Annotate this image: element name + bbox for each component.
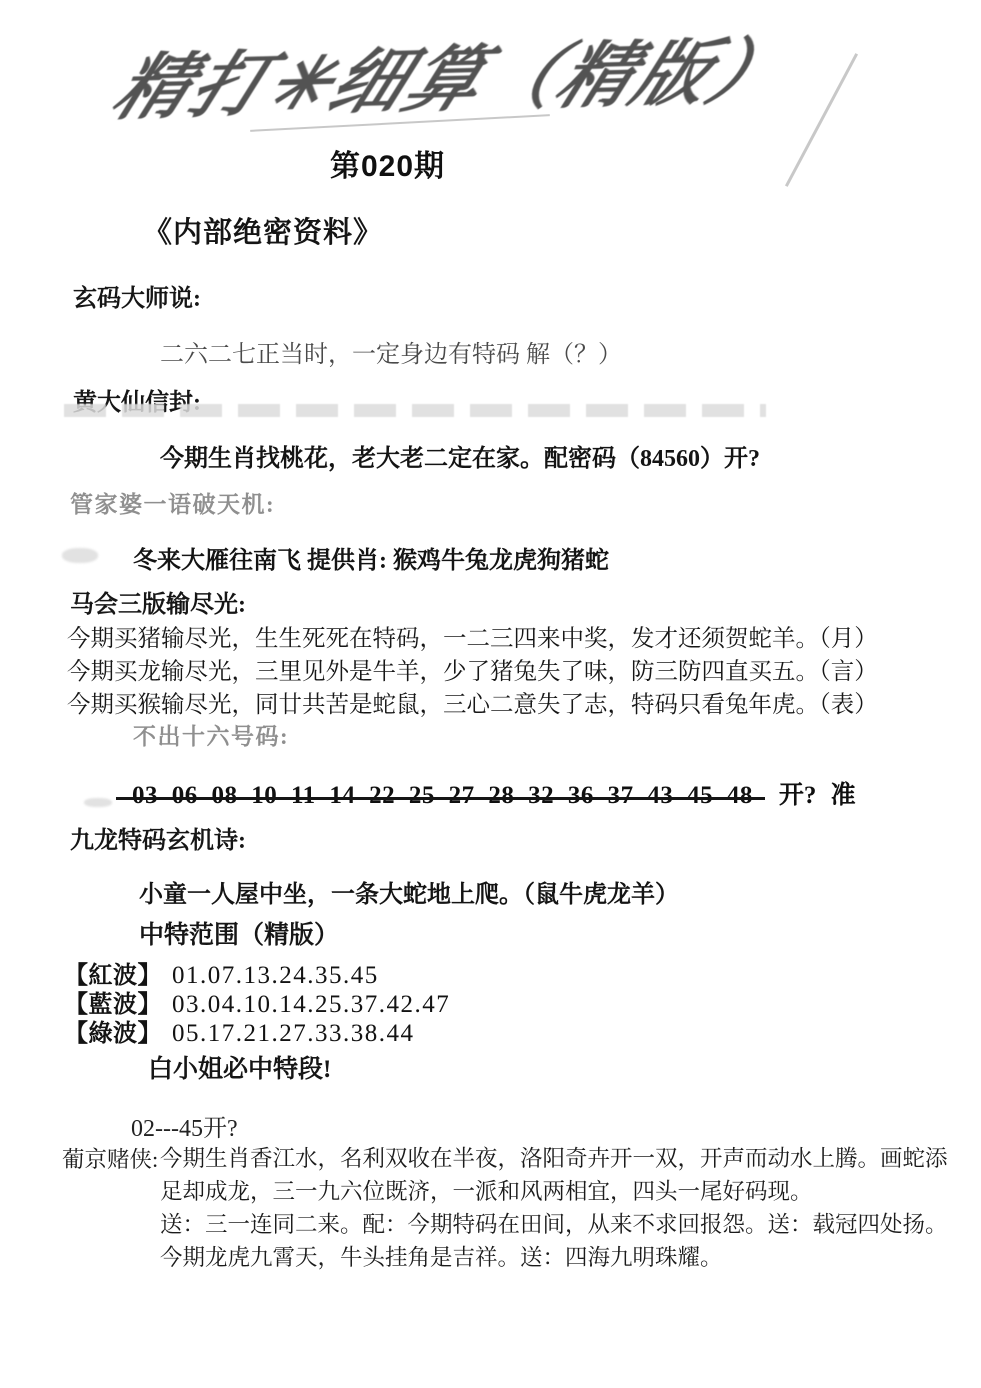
pujing-line: 今期生肖香江水，名利双收在半夜，洛阳奇卉开一双，开声而动水上腾。画蛇添	[160, 1141, 948, 1173]
pujing-line: 今期龙虎九霄天，牛头挂角是吉祥。送：四海九明珠耀。	[160, 1240, 723, 1272]
struck-numbers: 03 06 08 10 11 14 22 25 27 28 32 36 37 4…	[132, 782, 753, 809]
mahui-line: 今期买龙输尽光，三里见外是牛羊，少了猪兔失了味，防三防四直买五。（言）	[67, 652, 878, 686]
jiulong-verse: 小童一人屋中坐，一条大蛇地上爬。（鼠牛虎龙羊）	[139, 874, 679, 909]
mahui-line: 今期买猴输尽光，同廿共苦是蛇鼠，三心二意失了志，特码只看兔年虎。（表）	[67, 685, 878, 719]
green-wave-numbers: 05.17.21.27.33.38.44	[172, 1020, 415, 1047]
pujing-line: 送：三一连同二来。配：今期特码在田间，从来不求回报怨。送：载冠四处扬。	[160, 1207, 948, 1239]
range-heading: 中特范围（精版）	[139, 915, 339, 951]
issue-number: 第020期	[330, 141, 445, 185]
scan-smudge	[84, 798, 112, 807]
redacted-line	[64, 404, 766, 417]
sixteen-heading: 不出十六号码:	[133, 718, 289, 751]
scan-smudge	[62, 548, 98, 563]
masthead-title-art: 精打✳细算（精版）	[101, 12, 847, 134]
baixiaojie-line: 白小姐必中特段!	[148, 1049, 331, 1085]
pujing-label: 葡京赌侠:	[62, 1142, 158, 1174]
sixteen-result: 开? 准	[779, 782, 856, 809]
green-wave-label: 【綠波】	[64, 1021, 162, 1047]
master-heading: 玄码大师说:	[73, 278, 201, 313]
segment-line: 02---45开?	[131, 1108, 238, 1143]
pujing-line: 足却成龙，三一九六位既济，一派和风两相宜，四头一尾好码现。	[160, 1174, 813, 1206]
guanjiapo-verse: 冬来大雁往南飞 提供肖: 猴鸡牛兔龙虎狗猪蛇	[133, 540, 609, 575]
scanned-lottery-sheet: 精打✳细算（精版） 第020期 《内部绝密资料》 玄码大师说: 二六二七正当时，…	[0, 0, 981, 1388]
jiulong-heading: 九龙特码玄机诗:	[70, 820, 246, 855]
mahui-heading: 马会三版输尽光:	[70, 584, 246, 619]
wave-row-green: 【綠波】05.17.21.27.33.38.44	[64, 1013, 415, 1048]
master-verse: 二六二七正当时，一定身边有特码 解（？）	[160, 334, 622, 369]
secret-title: 《内部绝密资料》	[143, 210, 383, 251]
huangdaxian-verse: 今期生肖找桃花，老大老二定在家。配密码（84560）开?	[160, 438, 760, 473]
sixteen-row: 03 06 08 10 11 14 22 25 27 28 32 36 37 4…	[132, 775, 856, 811]
mahui-line: 今期买猪输尽光，生生死死在特码，一二三四来中奖，发才还须贺蛇羊。（月）	[67, 619, 878, 653]
guanjiapo-heading: 管家婆一语破天机:	[70, 486, 275, 519]
